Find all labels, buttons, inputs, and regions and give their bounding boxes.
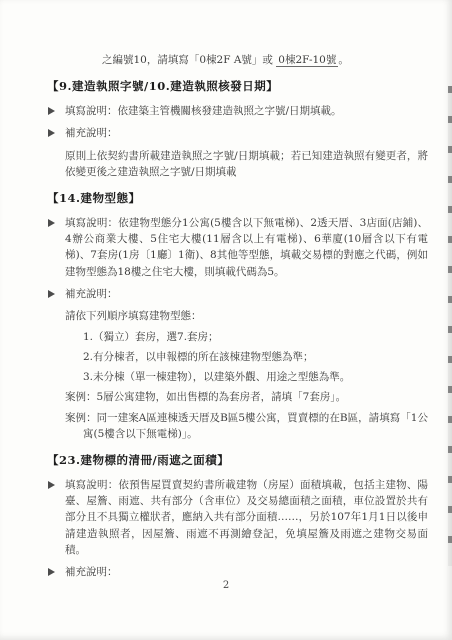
arrow-bullet-icon: [47, 125, 65, 141]
example-case-2: 案例：同一建案A區連棟透天厝及B區5樓公寓，買賣標的在B區，請填寫「1公寓(5樓…: [65, 410, 428, 443]
section-14-fill-text: 填寫說明：依建物型態分1公寓(5樓含以下無電梯)、2透天厝、3店面(店鋪)、4辦…: [65, 215, 428, 280]
section-14-supp-intro: 請依下列順序填寫建物型態：: [65, 308, 428, 324]
section-23-supp-label: 補充說明：: [65, 564, 428, 580]
section-23-heading: 【23.建物標的清冊/雨遮之面積】: [47, 452, 428, 470]
building-type-rule-list: 1.（獨立）套房，選7.套房； 2.有分棟者，以申報標的所在該棟建物型態為準； …: [83, 329, 428, 386]
section-9-fill-item: 填寫說明：依建築主管機關核發建造執照之字號/日期填載。: [47, 103, 428, 119]
section-14-supp-label: 補充說明：: [65, 286, 428, 302]
arrow-bullet-icon: [47, 564, 65, 580]
arrow-bullet-icon: [47, 215, 65, 280]
arrow-bullet-icon: [47, 477, 65, 558]
list-item: 3.未分棟（單一棟建物），以建築外觀、用途之型態為準。: [83, 369, 428, 385]
section-9-heading: 【9.建造執照字號/10.建造執照核發日期】: [47, 78, 428, 96]
arrow-bullet-icon: [47, 103, 65, 119]
section-23-fill-item: 填寫說明：依預售屋買賣契約書所載建物（房屋）面積填載，包括主建物、陽臺、屋簷、雨…: [47, 477, 428, 558]
section-14-heading: 【14.建物型態】: [47, 190, 428, 208]
section-9-fill-text: 填寫說明：依建築主管機關核發建造執照之字號/日期填載。: [65, 103, 428, 119]
continuation-line: 之編號10，請填寫「0棟2F A號」或 0棟2F-10號。: [102, 52, 428, 68]
continuation-prefix: 之編號10，請填寫「0棟2F A號」或: [102, 54, 276, 66]
continuation-suffix: 。: [338, 54, 349, 66]
section-9-supp-label: 補充說明：: [65, 125, 428, 141]
list-item: 1.（獨立）套房，選7.套房；: [83, 329, 428, 345]
section-9-supp-body: 原則上依契約書所載建造執照之字號/日期填載；若已知建造執照有變更者，將依變更後之…: [65, 148, 428, 181]
example-case-1: 案例：5層公寓建物，如出售標的為套房者，請填「7套房」。: [65, 389, 428, 405]
continuation-underlined-text: 0棟2F-10號: [276, 54, 338, 67]
scan-artifact-right-edge: [448, 86, 452, 566]
list-item: 2.有分棟者，以申報標的所在該棟建物型態為準；: [83, 349, 428, 365]
document-page: 之編號10，請填寫「0棟2F A號」或 0棟2F-10號。 【9.建造執照字號/…: [0, 0, 452, 640]
section-23-fill-text: 填寫說明：依預售屋買賣契約書所載建物（房屋）面積填載，包括主建物、陽臺、屋簷、雨…: [65, 477, 428, 558]
section-23-supp-item: 補充說明：: [47, 564, 428, 580]
page-number: 2: [223, 580, 229, 591]
section-9-supp-item: 補充說明：: [47, 125, 428, 141]
section-14-supp-item: 補充說明：: [47, 286, 428, 302]
document-content: 之編號10，請填寫「0棟2F A號」或 0棟2F-10號。 【9.建造執照字號/…: [0, 0, 452, 581]
arrow-bullet-icon: [47, 286, 65, 302]
section-14-fill-item: 填寫說明：依建物型態分1公寓(5樓含以下無電梯)、2透天厝、3店面(店鋪)、4辦…: [47, 215, 428, 280]
